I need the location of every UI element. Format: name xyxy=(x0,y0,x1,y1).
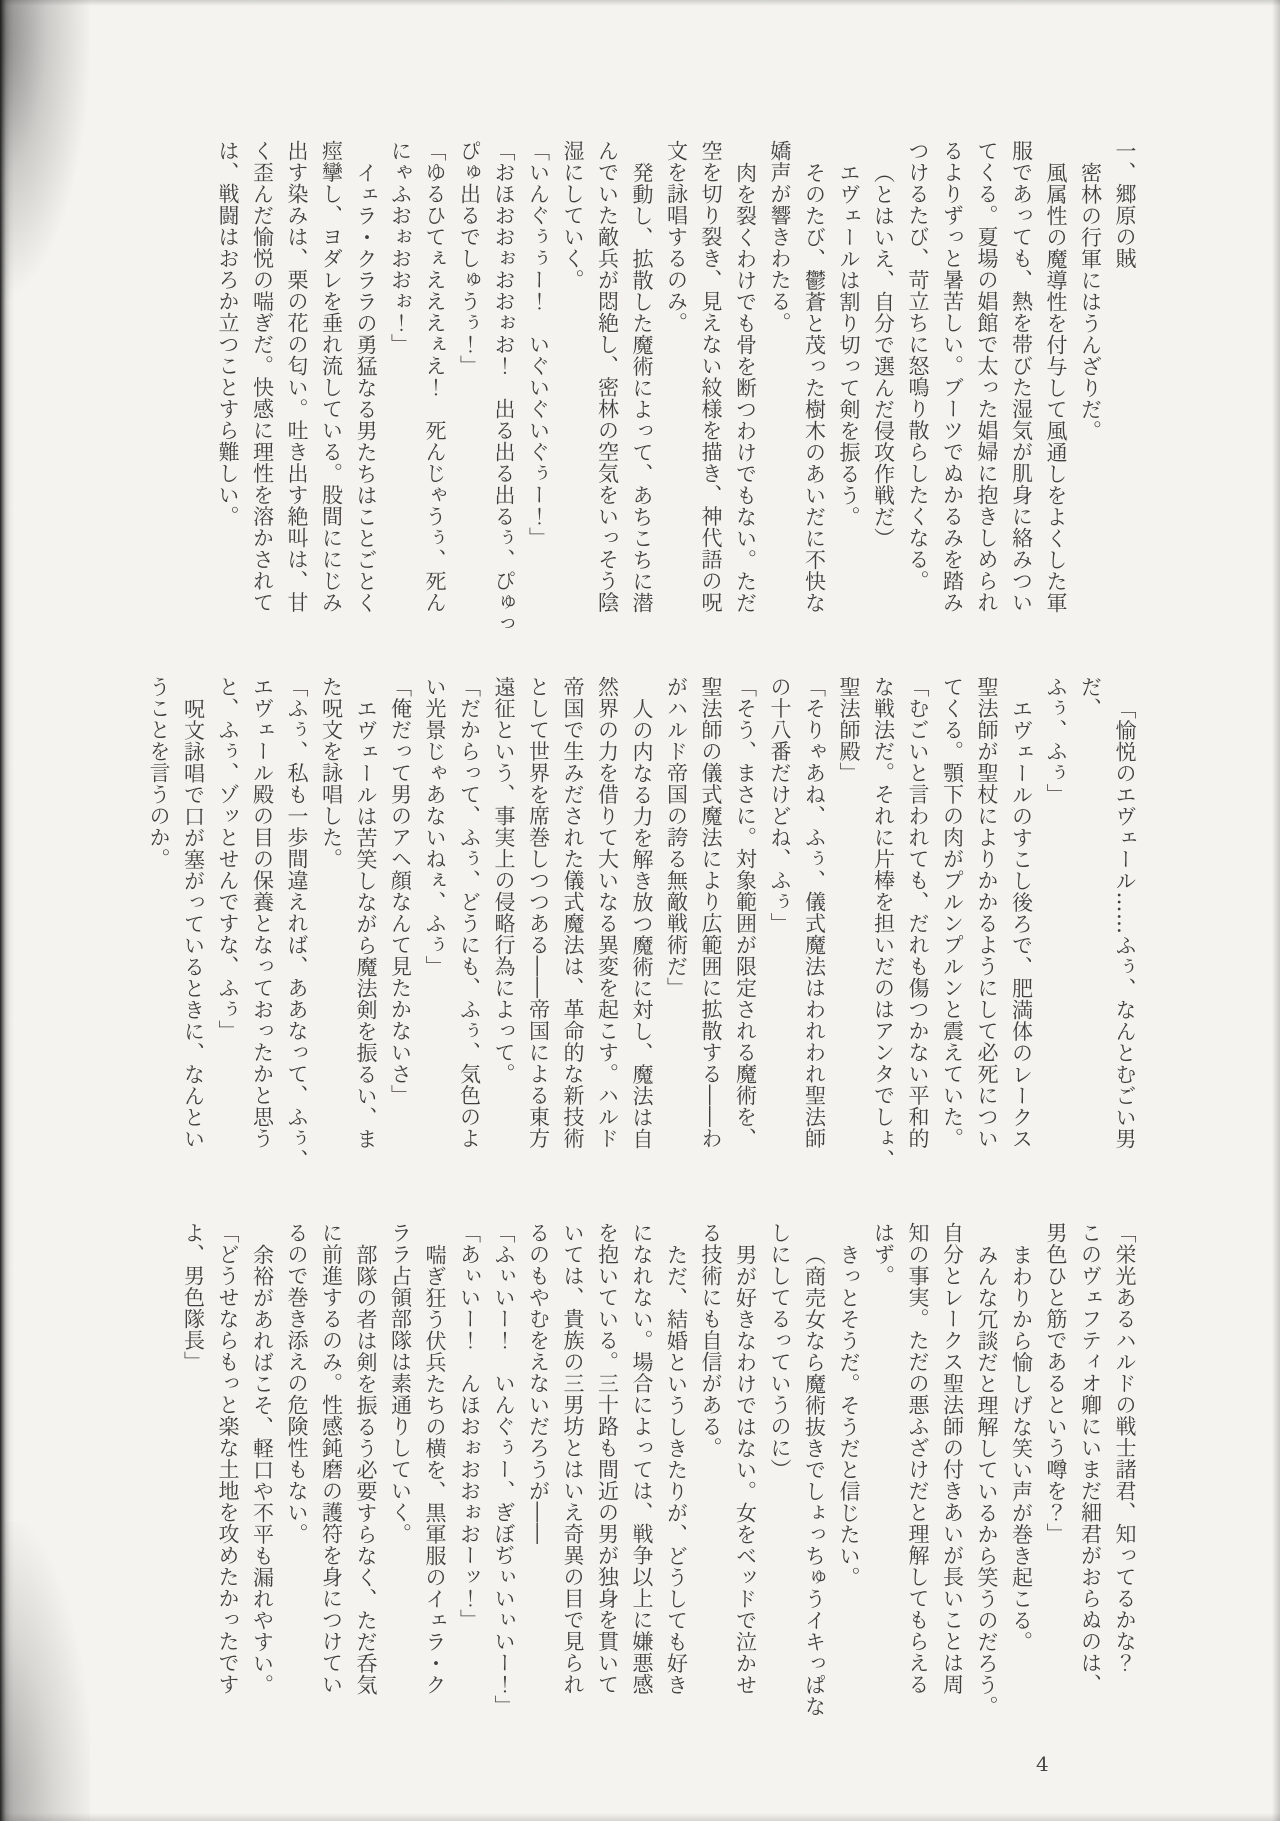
text-column: く歪んだ愉悦の喘ぎだ。快感に理性を溶かされて xyxy=(245,140,280,652)
text-column: 「あぃいー！ んほおぉおおぉおーッ！」 xyxy=(452,1222,487,1734)
scan-edge-top xyxy=(0,0,1280,6)
text-column: として世界を席巻しつつある――帝国による東方 xyxy=(521,676,556,1188)
text-column: つけるたび、苛立ちに怒鳴り散らしたくなる。 xyxy=(901,140,936,652)
scan-edge-left xyxy=(0,0,14,1821)
text-column: てくる。顎下の肉がプルンプルンと震えていた。 xyxy=(935,676,970,1188)
text-column: エヴェール殿の目の保養となっておったかと思う xyxy=(245,676,280,1188)
text-column: 「そりゃあね、ふぅ、儀式魔法はわれわれ聖法師 xyxy=(797,676,832,1188)
text-column: 「そう、まさに。対象範囲が限定される魔術を、 xyxy=(728,676,763,1188)
text-column: イェラ・クララの勇猛なる男たちはことごとく xyxy=(349,140,384,652)
text-column: そのたび、鬱蒼と茂った樹木のあいだに不快な xyxy=(797,140,832,652)
text-column: 発動し、拡散した魔術によって、あちこちに潜 xyxy=(625,140,660,652)
text-column: 部隊の者は剣を振るう必要すらなく、ただ呑気 xyxy=(349,1222,384,1734)
text-column: いては、貴族の三男坊とはいえ奇異の目で見られ xyxy=(556,1222,591,1734)
text-column: 「ふぃいー！ いんぐぅー、ぎぼぢぃいぃいー！」 xyxy=(487,1222,522,1734)
text-column: がハルド帝国の誇る無敵戦術だ」 xyxy=(659,676,694,1188)
text-column: 余裕があればこそ、軽口や不平も漏れやすい。 xyxy=(245,1222,280,1734)
text-column: 「栄光あるハルドの戦士諸君、知ってるかな？ xyxy=(1108,1222,1143,1734)
text-column: よ、男色隊長」 xyxy=(176,1222,211,1734)
text-column: の十八番だけどね、ふぅ」 xyxy=(763,676,798,1188)
text-column: 風属性の魔導性を付与して風通しをよくした軍 xyxy=(1039,140,1074,652)
text-column: な戦法だ。それに片棒を担いだのはアンタでしょ、 xyxy=(866,676,901,1188)
text-column: 「ふぅ、私も一歩間違えれば、ああなって、ふぅ、 xyxy=(280,676,315,1188)
text-column: 帝国で生みだされた儀式魔法は、革命的な新技術 xyxy=(556,676,591,1188)
scan-shadow-bottom-left xyxy=(0,1521,90,1821)
text-column: た呪文を詠唱した。 xyxy=(314,676,349,1188)
text-column: しにしてるっていうのに） xyxy=(763,1222,798,1734)
text-column: 自分とレークス聖法師の付きあいが長いことは周 xyxy=(935,1222,970,1734)
text-column: ララ占領部隊は素通りしていく。 xyxy=(383,1222,418,1734)
text-block-middle: 「愉悦のエヴェール……ふぅ、なんとむごい男だ、ふぅ、ふぅ」エヴェールのすこし後ろ… xyxy=(142,676,1143,1188)
text-column: 「おほおおぉおおぉお！ 出る出る出るぅ、ぴゅっ xyxy=(487,140,522,652)
text-column: 聖法師の儀式魔法により広範囲に拡散する――わ xyxy=(694,676,729,1188)
text-block-bottom: 「栄光あるハルドの戦士諸君、知ってるかな？このヴェフティオ卿にいまだ細君がおらぬ… xyxy=(176,1222,1142,1734)
text-column: んでいた敵兵が悶絶し、密林の空気をいっそう陰 xyxy=(590,140,625,652)
text-column: （とはいえ、自分で選んだ侵攻作戦だ） xyxy=(866,140,901,652)
text-column: に前進するのみ。性感鈍磨の護符を身につけてい xyxy=(314,1222,349,1734)
text-column: 聖法師殿」 xyxy=(832,676,867,1188)
text-column: る技術にも自信がある。 xyxy=(694,1222,729,1734)
text-column: 然界の力を借りて大いなる異変を起こす。ハルド xyxy=(590,676,625,1188)
text-column: 服であっても、熱を帯びた湿気が肌身に絡みつい xyxy=(1004,140,1039,652)
text-column: 密林の行軍にはうんざりだ。 xyxy=(1073,140,1108,652)
text-column: と、ふぅ、ゾッとせんですな、ふぅ」 xyxy=(211,676,246,1188)
text-column: まわりから愉しげな笑い声が巻き起こる。 xyxy=(1004,1222,1039,1734)
text-column: い光景じゃあないねぇ、ふぅ」 xyxy=(418,676,453,1188)
text-column: 遠征という、事実上の侵略行為によって。 xyxy=(487,676,522,1188)
text-column: 男色ひと筋であるという噂を？」 xyxy=(1039,1222,1074,1734)
text-column: このヴェフティオ卿にいまだ細君がおらぬのは、 xyxy=(1073,1222,1108,1734)
text-column: みんな冗談だと理解しているから笑うのだろう。 xyxy=(970,1222,1005,1734)
text-column: 男が好きなわけではない。女をベッドで泣かせ xyxy=(728,1222,763,1734)
text-column: 「俺だって男のアヘ顔なんて見たかないさ」 xyxy=(383,676,418,1188)
text-column: 「いんぐぅぅー！ いぐいぐいぐぅー！」 xyxy=(521,140,556,652)
text-column: 痙攣し、ヨダレを垂れ流している。股間ににじみ xyxy=(314,140,349,652)
scan-edge-right xyxy=(1272,0,1280,1821)
text-column: （商売女なら魔術抜きでしょっちゅうイキっぱな xyxy=(797,1222,832,1734)
text-column: 肉を裂くわけでも骨を断つわけでもない。ただ xyxy=(728,140,763,652)
text-column: 一、郷原の賊 xyxy=(1108,140,1143,652)
text-column: 人の内なる力を解き放つ魔術に対し、魔法は自 xyxy=(625,676,660,1188)
text-column: にゃふおぉおおぉ！」 xyxy=(383,140,418,652)
text-column: 聖法師が聖杖によりかかるようにして必死につい xyxy=(970,676,1005,1188)
text-column: 知の事実。ただの悪ふざけだと理解してもらえる xyxy=(901,1222,936,1734)
scan-edge-bottom xyxy=(0,1813,1280,1821)
text-column: ただ、結婚というしきたりが、どうしても好き xyxy=(659,1222,694,1734)
text-column: 「どうせならもっと楽な土地を攻めたかったです xyxy=(211,1222,246,1734)
text-column: るよりずっと暑苦しい。ブーツでぬかるみを踏み xyxy=(935,140,970,652)
page-number: 4 xyxy=(1036,1752,1049,1776)
text-column: ぴゅ出るでしゅうぅ！」 xyxy=(452,140,487,652)
text-block-top: 一、郷原の賊密林の行軍にはうんざりだ。風属性の魔導性を付与して風通しをよくした軍… xyxy=(211,140,1143,652)
text-column: 呪文詠唱で口が塞がっているときに、なんとい xyxy=(176,676,211,1188)
text-column: はず。 xyxy=(866,1222,901,1734)
text-column: 「ゆるひてぇえええぇえ！ 死んじゃうぅ、死ん xyxy=(418,140,453,652)
text-column: を抱いている。三十路も間近の男が独身を貫いて xyxy=(590,1222,625,1734)
text-column: 「むごいと言われても、だれも傷つかない平和的 xyxy=(901,676,936,1188)
text-column: 出す染みは、栗の花の匂い。吐き出す絶叫は、甘 xyxy=(280,140,315,652)
text-column: 湿にしていく。 xyxy=(556,140,591,652)
text-column: エヴェールは苦笑しながら魔法剣を振るい、ま xyxy=(349,676,384,1188)
text-column: 喘ぎ狂う伏兵たちの横を、黒軍服のイェラ・ク xyxy=(418,1222,453,1734)
text-column: てくる。夏場の娼館で太った娼婦に抱きしめられ xyxy=(970,140,1005,652)
text-column: エヴェールのすこし後ろで、肥満体のレークス xyxy=(1004,676,1039,1188)
text-column: になれない。場合によっては、戦争以上に嫌悪感 xyxy=(625,1222,660,1734)
text-column: きっとそうだ。そうだと信じたい。 xyxy=(832,1222,867,1734)
text-column: 嬌声が響きわたる。 xyxy=(763,140,798,652)
text-column: うことを言うのか。 xyxy=(142,676,177,1188)
scan-shadow-top-left xyxy=(0,0,90,300)
text-column: 空を切り裂き、見えない紋様を描き、神代語の呪 xyxy=(694,140,729,652)
text-column: 「愉悦のエヴェール……ふぅ、なんとむごい男だ、 xyxy=(1073,676,1142,1188)
text-column: は、戦闘はおろか立つことすら難しい。 xyxy=(211,140,246,652)
scanned-page: 一、郷原の賊密林の行軍にはうんざりだ。風属性の魔導性を付与して風通しをよくした軍… xyxy=(0,0,1280,1821)
text-column: るのもやむをえないだろうが―― xyxy=(521,1222,556,1734)
text-column: エヴェールは割り切って剣を振るう。 xyxy=(832,140,867,652)
text-column: るので巻き添えの危険性もない。 xyxy=(280,1222,315,1734)
text-column: ふぅ、ふぅ」 xyxy=(1039,676,1074,1188)
text-column: 「だからって、ふぅ、どうにも、ふぅ、気色のよ xyxy=(452,676,487,1188)
text-column: 文を詠唱するのみ。 xyxy=(659,140,694,652)
